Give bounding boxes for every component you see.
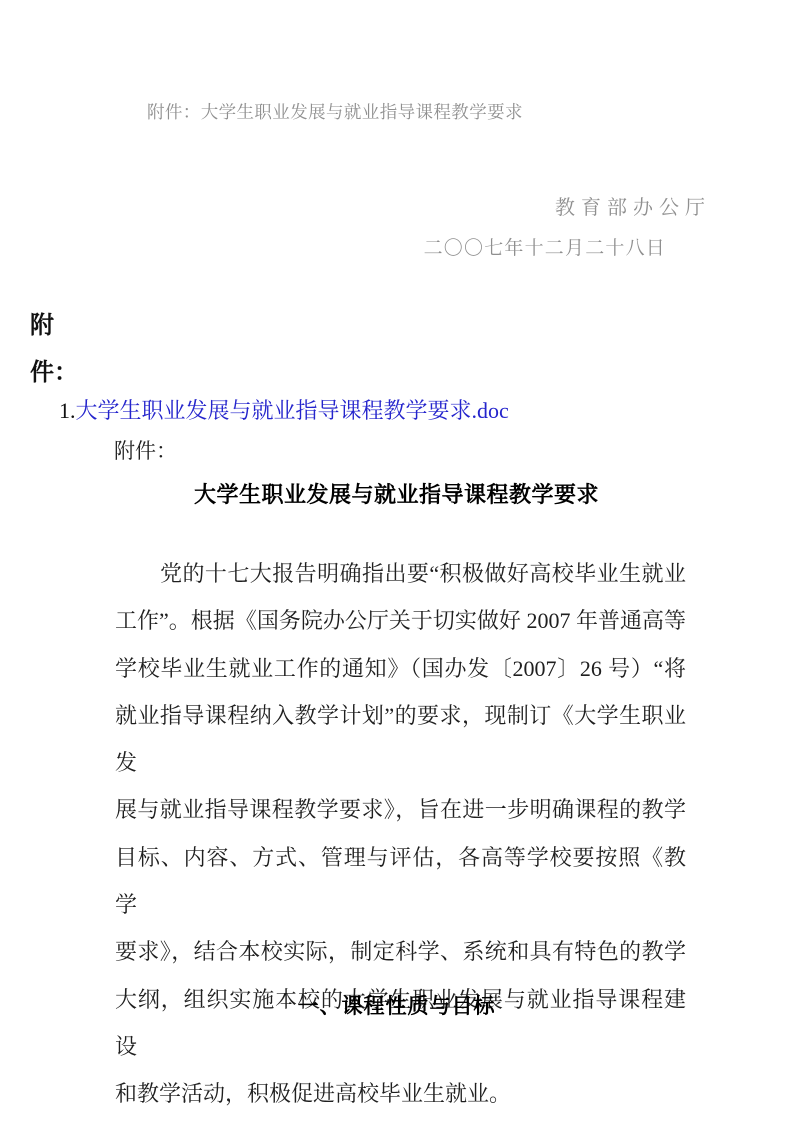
attachment-note: 附件：大学生职业发展与就业指导课程教学要求 — [147, 99, 523, 124]
paragraph-line: 展与就业指导课程教学要求》，旨在进一步明确课程的教学 — [115, 786, 686, 833]
body-paragraph: 党的十七大报告明确指出要“积极做好高校毕业生就业 工作”。根据《国务院办公厅关于… — [115, 550, 686, 1118]
attachment-list-item: 1.大学生职业发展与就业指导课程教学要求.doc — [59, 394, 509, 425]
paragraph-line: 工作”。根据《国务院办公厅关于切实做好 2007 年普通高等 — [115, 597, 686, 644]
attachments-label-line1: 附 — [30, 303, 100, 350]
signature-date: 二〇〇七年十二月二十八日 — [424, 233, 666, 260]
document-page: 附件：大学生职业发展与就业指导课程教学要求 教育部办公厅 二〇〇七年十二月二十八… — [0, 0, 793, 1122]
signature-organization: 教育部办公厅 — [555, 191, 711, 220]
attachment-caption: 附件： — [114, 435, 177, 465]
paragraph-line: 和教学活动，积极促进高校毕业生就业。 — [115, 1070, 686, 1117]
attachments-label-line2: 件： — [30, 350, 100, 397]
paragraph-line: 目标、内容、方式、管理与评估，各高等学校要按照《教学 — [115, 834, 686, 929]
paragraph-line: 学校毕业生就业工作的通知》（国办发〔2007〕26 号）“将 — [115, 645, 686, 692]
section-heading: 一、课程性质与目标 — [0, 990, 793, 1020]
attachment-item-index: 1. — [59, 398, 76, 423]
paragraph-line: 党的十七大报告明确指出要“积极做好高校毕业生就业 — [115, 550, 686, 597]
attachments-label: 附 件： — [30, 303, 100, 396]
paragraph-line: 要求》，结合本校实际，制定科学、系统和具有特色的教学 — [115, 928, 686, 975]
document-title: 大学生职业发展与就业指导课程教学要求 — [0, 478, 793, 509]
attachment-doc-link[interactable]: 大学生职业发展与就业指导课程教学要求.doc — [76, 398, 509, 423]
paragraph-line: 就业指导课程纳入教学计划”的要求，现制订《大学生职业发 — [115, 692, 686, 787]
